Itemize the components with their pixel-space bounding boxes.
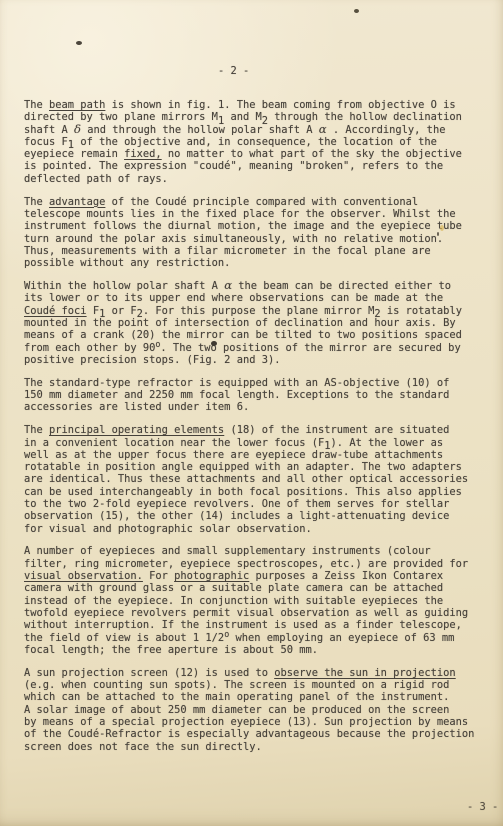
- text-line: screen does not face the sun directly.: [24, 741, 490, 753]
- text-line: in a convenient location near the lower …: [24, 437, 490, 449]
- text-line: mounted in the point of intersection of …: [24, 317, 490, 329]
- text-line: instrument follows the diurnal motion, t…: [24, 220, 490, 232]
- paragraph: The beam path is shown in fig. 1. The be…: [24, 99, 490, 185]
- text-line: eyepiece remain fixed, no matter to what…: [24, 148, 490, 160]
- text-line: The beam path is shown in fig. 1. The be…: [24, 99, 490, 111]
- text-line: by means of a special projection eyepiec…: [24, 716, 490, 728]
- text-line: instead of the eyepiece. In conjunction …: [24, 595, 490, 607]
- text-line: can be used interchangeably in both foca…: [24, 486, 490, 498]
- text-line: camera with ground glass or a suitable p…: [24, 582, 490, 594]
- underlined-text: advantage: [49, 196, 105, 208]
- text-line: A sun projection screen (12) is used to …: [24, 667, 490, 679]
- text-line: A solar image of about 250 mm diameter c…: [24, 704, 490, 716]
- underlined-text: photographic: [174, 570, 249, 582]
- text-line: for visual and photographic solar observ…: [24, 523, 490, 535]
- text-line: The advantage of the Coudé principle com…: [24, 196, 490, 208]
- text-line: rotatable in position angle equipped wit…: [24, 461, 490, 473]
- text-line: the field of view is about 1 1/2o when e…: [24, 632, 490, 644]
- underlined-text: observe the sun in projection: [274, 667, 455, 679]
- text-line: focus F1 of the objective and, in conseq…: [24, 136, 490, 148]
- text-line: Within the hollow polar shaft A α the be…: [24, 280, 490, 292]
- page-number-footer: - 3 -: [467, 801, 498, 813]
- text-line: telescope mounts lies in the fixed place…: [24, 208, 490, 220]
- text-line: directed by two plane mirrors M1 and M2 …: [24, 111, 490, 123]
- paper-speck: [440, 225, 444, 231]
- text-line: are identical. Thus these attachments an…: [24, 473, 490, 485]
- text-line: positive precision stops. (Fig. 2 and 3)…: [24, 354, 490, 366]
- document-page: - 2 - The beam path is shown in fig. 1. …: [0, 0, 503, 826]
- text-line: observation (15), the other (14) include…: [24, 510, 490, 522]
- paper-speck: [354, 9, 359, 13]
- text-line: accessories are listed under item 6.: [24, 401, 490, 413]
- paragraph: A sun projection screen (12) is used to …: [24, 667, 490, 753]
- document-body: The beam path is shown in fig. 1. The be…: [24, 99, 490, 763]
- text-line: The standard-type refractor is equipped …: [24, 377, 490, 389]
- text-line: shaft A δ and through the hollow polar s…: [24, 124, 490, 136]
- text-line: without interruption. If the instrument …: [24, 619, 490, 631]
- text-line: is pointed. The expression "coudé", mean…: [24, 160, 490, 172]
- underlined-text: fixed,: [124, 148, 162, 160]
- paragraph: The principal operating elements (18) of…: [24, 424, 490, 535]
- underlined-text: principal operating elements: [49, 424, 224, 436]
- text-line: focal length; the free aperture is about…: [24, 644, 490, 656]
- text-line: A number of eyepieces and small suppleme…: [24, 545, 490, 557]
- text-line: Coudé foci F1 or F2. For this purpose th…: [24, 305, 490, 317]
- text-line: possible without any restriction.: [24, 257, 490, 269]
- paper-speck: [76, 41, 82, 45]
- text-line: of the Coudé-Refractor is especially adv…: [24, 728, 490, 740]
- underlined-text: beam path: [49, 99, 105, 111]
- text-line: from each other by 90o. The two position…: [24, 342, 490, 354]
- underlined-text: Coudé foci: [24, 305, 87, 317]
- text-line: Thus, measurements with a filar micromet…: [24, 245, 490, 257]
- text-line: means of a crank (20) the mirror can be …: [24, 329, 490, 341]
- paragraph: The advantage of the Coudé principle com…: [24, 196, 490, 270]
- underlined-text: visual observation.: [24, 570, 143, 582]
- text-line: twofold eyepiece revolvers permit visual…: [24, 607, 490, 619]
- text-line: turn around the polar axis simultaneousl…: [24, 233, 490, 245]
- paragraph: The standard-type refractor is equipped …: [24, 377, 490, 414]
- paper-speck: [211, 341, 217, 346]
- page-number-header: - 2 -: [218, 65, 249, 77]
- text-line: its lower or to its upper end where obse…: [24, 292, 490, 304]
- paragraph: Within the hollow polar shaft A α the be…: [24, 280, 490, 366]
- paragraph: A number of eyepieces and small suppleme…: [24, 545, 490, 656]
- text-line: which can be attached to the main operat…: [24, 691, 490, 703]
- text-line: well as at the upper focus there are eye…: [24, 449, 490, 461]
- text-line: The principal operating elements (18) of…: [24, 424, 490, 436]
- text-line: (e.g. when counting sun spots). The scre…: [24, 679, 490, 691]
- text-line: deflected path of rays.: [24, 173, 490, 185]
- paper-speck: [437, 232, 439, 236]
- text-line: to the two 2-fold eyepiece revolvers. On…: [24, 498, 490, 510]
- text-line: visual observation. For photographic pur…: [24, 570, 490, 582]
- text-line: 150 mm diameter and 2250 mm focal length…: [24, 389, 490, 401]
- text-line: filter, ring micrometer, eyepiece spectr…: [24, 558, 490, 570]
